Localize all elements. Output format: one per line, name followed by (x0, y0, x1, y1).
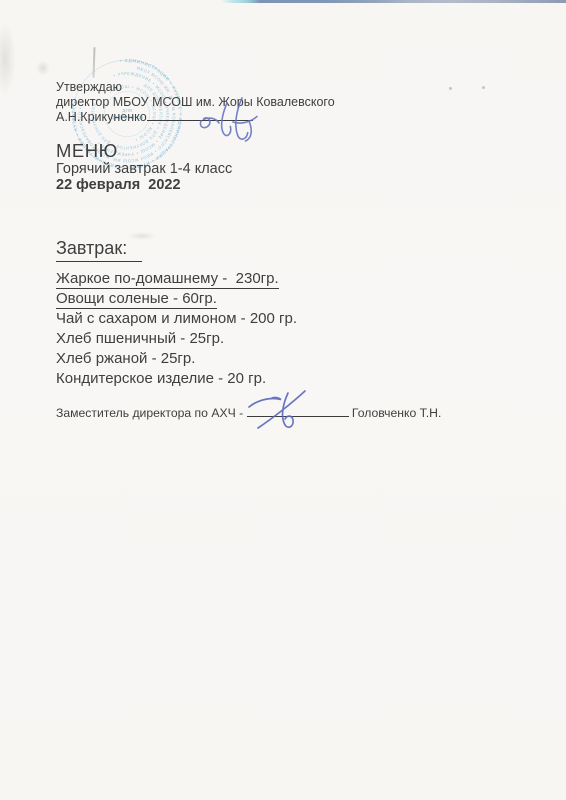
scanner-edge-artifact (0, 0, 566, 3)
scanned-menu-document: • АДМИНИСТРАЦИИ • КУЗБАСС • АДМИНИСТРАЦИ… (0, 0, 566, 800)
section-heading-text: Завтрак: (56, 238, 142, 262)
scan-dot (482, 86, 485, 89)
menu-items-list: Жаркое по-домашнему - 230гр. Овощи солен… (56, 269, 297, 389)
deputy-label: Заместитель директора по АХЧ - (56, 406, 247, 420)
menu-item: Жаркое по-домашнему - 230гр. (56, 269, 297, 289)
signer-name: А.Н.Крикуненко (56, 110, 147, 124)
title-block: МЕНЮ Горячий завтрак 1-4 класс 22 феврал… (56, 140, 232, 193)
menu-item: Овощи соленые - 60гр. (56, 289, 297, 309)
menu-date: 22 февраля 2022 (56, 178, 232, 194)
scan-smudge (36, 60, 50, 76)
menu-item: Хлеб пшеничный - 25гр. (56, 329, 297, 349)
deputy-signature (238, 388, 333, 433)
scan-smudge (0, 22, 16, 96)
section-heading-breakfast: Завтрак: (56, 238, 142, 262)
menu-item: Хлеб ржаной - 25гр. (56, 349, 297, 369)
deputy-name: Головченко Т.Н. (352, 406, 441, 420)
menu-item: Чай с сахаром и лимоном - 200 гр. (56, 309, 297, 329)
menu-subtitle: Горячий завтрак 1-4 класс (56, 162, 232, 178)
scan-dot (449, 87, 452, 90)
menu-item: Кондитерское изделие - 20 гр. (56, 369, 297, 389)
director-signature (190, 92, 275, 147)
